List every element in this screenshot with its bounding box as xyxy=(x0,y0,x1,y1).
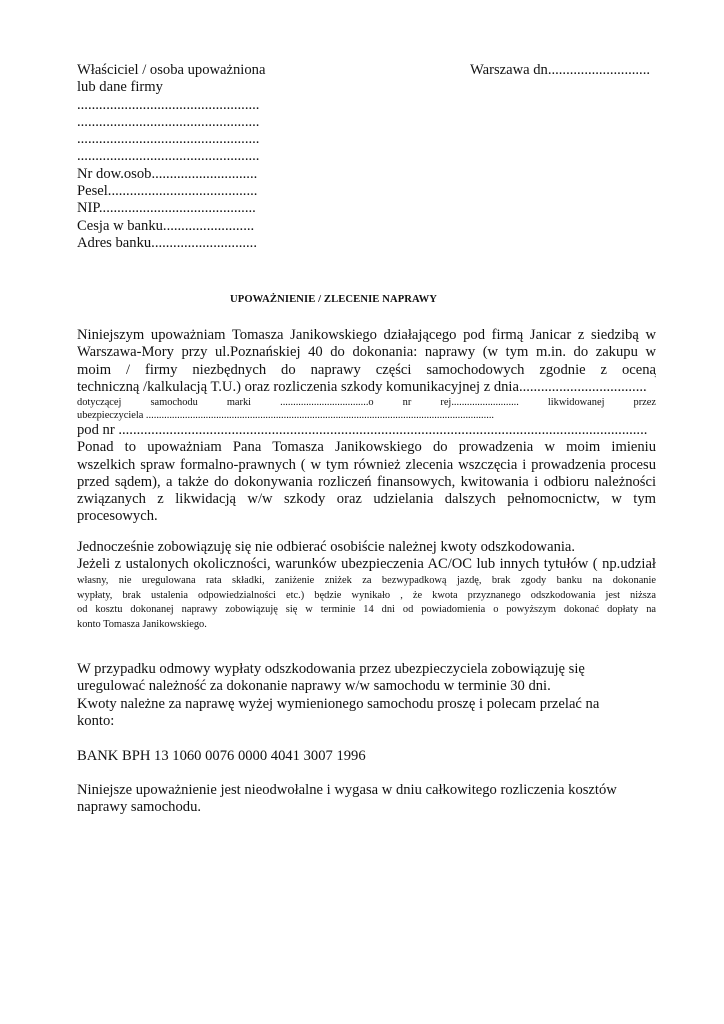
paragraph-line: konto Tomasza Janikowskiego. xyxy=(77,618,656,633)
paragraph-line: Kwoty należne za naprawę wyżej wymienion… xyxy=(77,696,656,713)
pesel-field: Pesel...................................… xyxy=(77,183,265,200)
compensation-paragraph: Jednocześnie zobowiązuję się nie odbiera… xyxy=(77,539,656,574)
paragraph-line: Niniejsze upoważnienie jest nieodwołalne… xyxy=(77,782,656,799)
insurer-field: ubezpieczyciela ........................… xyxy=(77,409,656,422)
paragraph-line: Warszawa-Mory przy ul.Poznańskiej 40 do … xyxy=(77,344,656,361)
bank-account-number: BANK BPH 13 1060 0076 0000 4041 3007 199… xyxy=(77,748,366,765)
paragraph-line: procesowych. xyxy=(77,508,656,525)
paragraph-line: konto: xyxy=(77,713,656,730)
authorization-paragraph: Niniejszym upoważniam Tomasza Janikowski… xyxy=(77,327,656,396)
refusal-paragraph: W przypadku odmowy wypłaty odszkodowania… xyxy=(77,661,656,730)
owner-blank-line-2: ........................................… xyxy=(77,114,265,131)
paragraph-line: własny, nie uregulowana rata składki, za… xyxy=(77,574,656,589)
claim-number-field: pod nr .................................… xyxy=(77,422,656,439)
paragraph-line: Ponad to upoważniam Pana Tomasza Janikow… xyxy=(77,439,656,456)
paragraph-line: Jeżeli z ustalonych okoliczności, warunk… xyxy=(77,556,656,573)
compensation-details: własny, nie uregulowana rata składki, za… xyxy=(77,574,656,632)
paragraph-line: przed sądem), a także do dokonywania roz… xyxy=(77,474,656,491)
paragraph-line: od kosztu dokonanej naprawy zobowiązuję … xyxy=(77,603,656,618)
company-label: lub dane firmy xyxy=(77,79,265,96)
owner-blank-line-3: ........................................… xyxy=(77,131,265,148)
paragraph-line: naprawy samochodu. xyxy=(77,799,656,816)
owner-blank-line-1: ........................................… xyxy=(77,97,265,114)
paragraph-line: wszelkich spraw formalno-prawnych ( w ty… xyxy=(77,457,656,474)
place-date-field: Warszawa dn............................ xyxy=(470,62,650,79)
paragraph-line: W przypadku odmowy wypłaty odszkodowania… xyxy=(77,661,656,678)
paragraph-line: uregulować należność za dokonanie napraw… xyxy=(77,678,656,695)
owner-details-block: Właściciel / osoba upoważniona lub dane … xyxy=(77,62,265,252)
vehicle-details-block: dotyczącej samochodu marki .............… xyxy=(77,396,656,422)
paragraph-line: moim / firmy niezbędnych do naprawy częś… xyxy=(77,362,656,379)
paragraph-line: Niniejszym upoważniam Tomasza Janikowski… xyxy=(77,327,656,344)
damage-date-field: techniczną /kalkulacją T.U.) oraz rozlic… xyxy=(77,379,656,396)
paragraph-line: związanych z likwidacją w/w szkody oraz … xyxy=(77,491,656,508)
owner-label: Właściciel / osoba upoważniona xyxy=(77,62,265,79)
paragraph-line: wypłaty, brak ustalenia odpowiedzialnośc… xyxy=(77,589,656,604)
vehicle-make-registration-field: dotyczącej samochodu marki .............… xyxy=(77,396,656,409)
paragraph-line: Jednocześnie zobowiązuję się nie odbiera… xyxy=(77,539,656,556)
bank-address-field: Adres banku............................. xyxy=(77,235,265,252)
bank-cession-field: Cesja w banku......................... xyxy=(77,218,265,235)
owner-blank-line-4: ........................................… xyxy=(77,148,265,165)
claim-number-block: pod nr .................................… xyxy=(77,422,656,526)
nip-field: NIP.....................................… xyxy=(77,200,265,217)
id-number-field: Nr dow.osob............................. xyxy=(77,166,265,183)
document-title: UPOWAŻNIENIE / ZLECENIE NAPRAWY xyxy=(230,294,437,305)
closing-paragraph: Niniejsze upoważnienie jest nieodwołalne… xyxy=(77,782,656,817)
